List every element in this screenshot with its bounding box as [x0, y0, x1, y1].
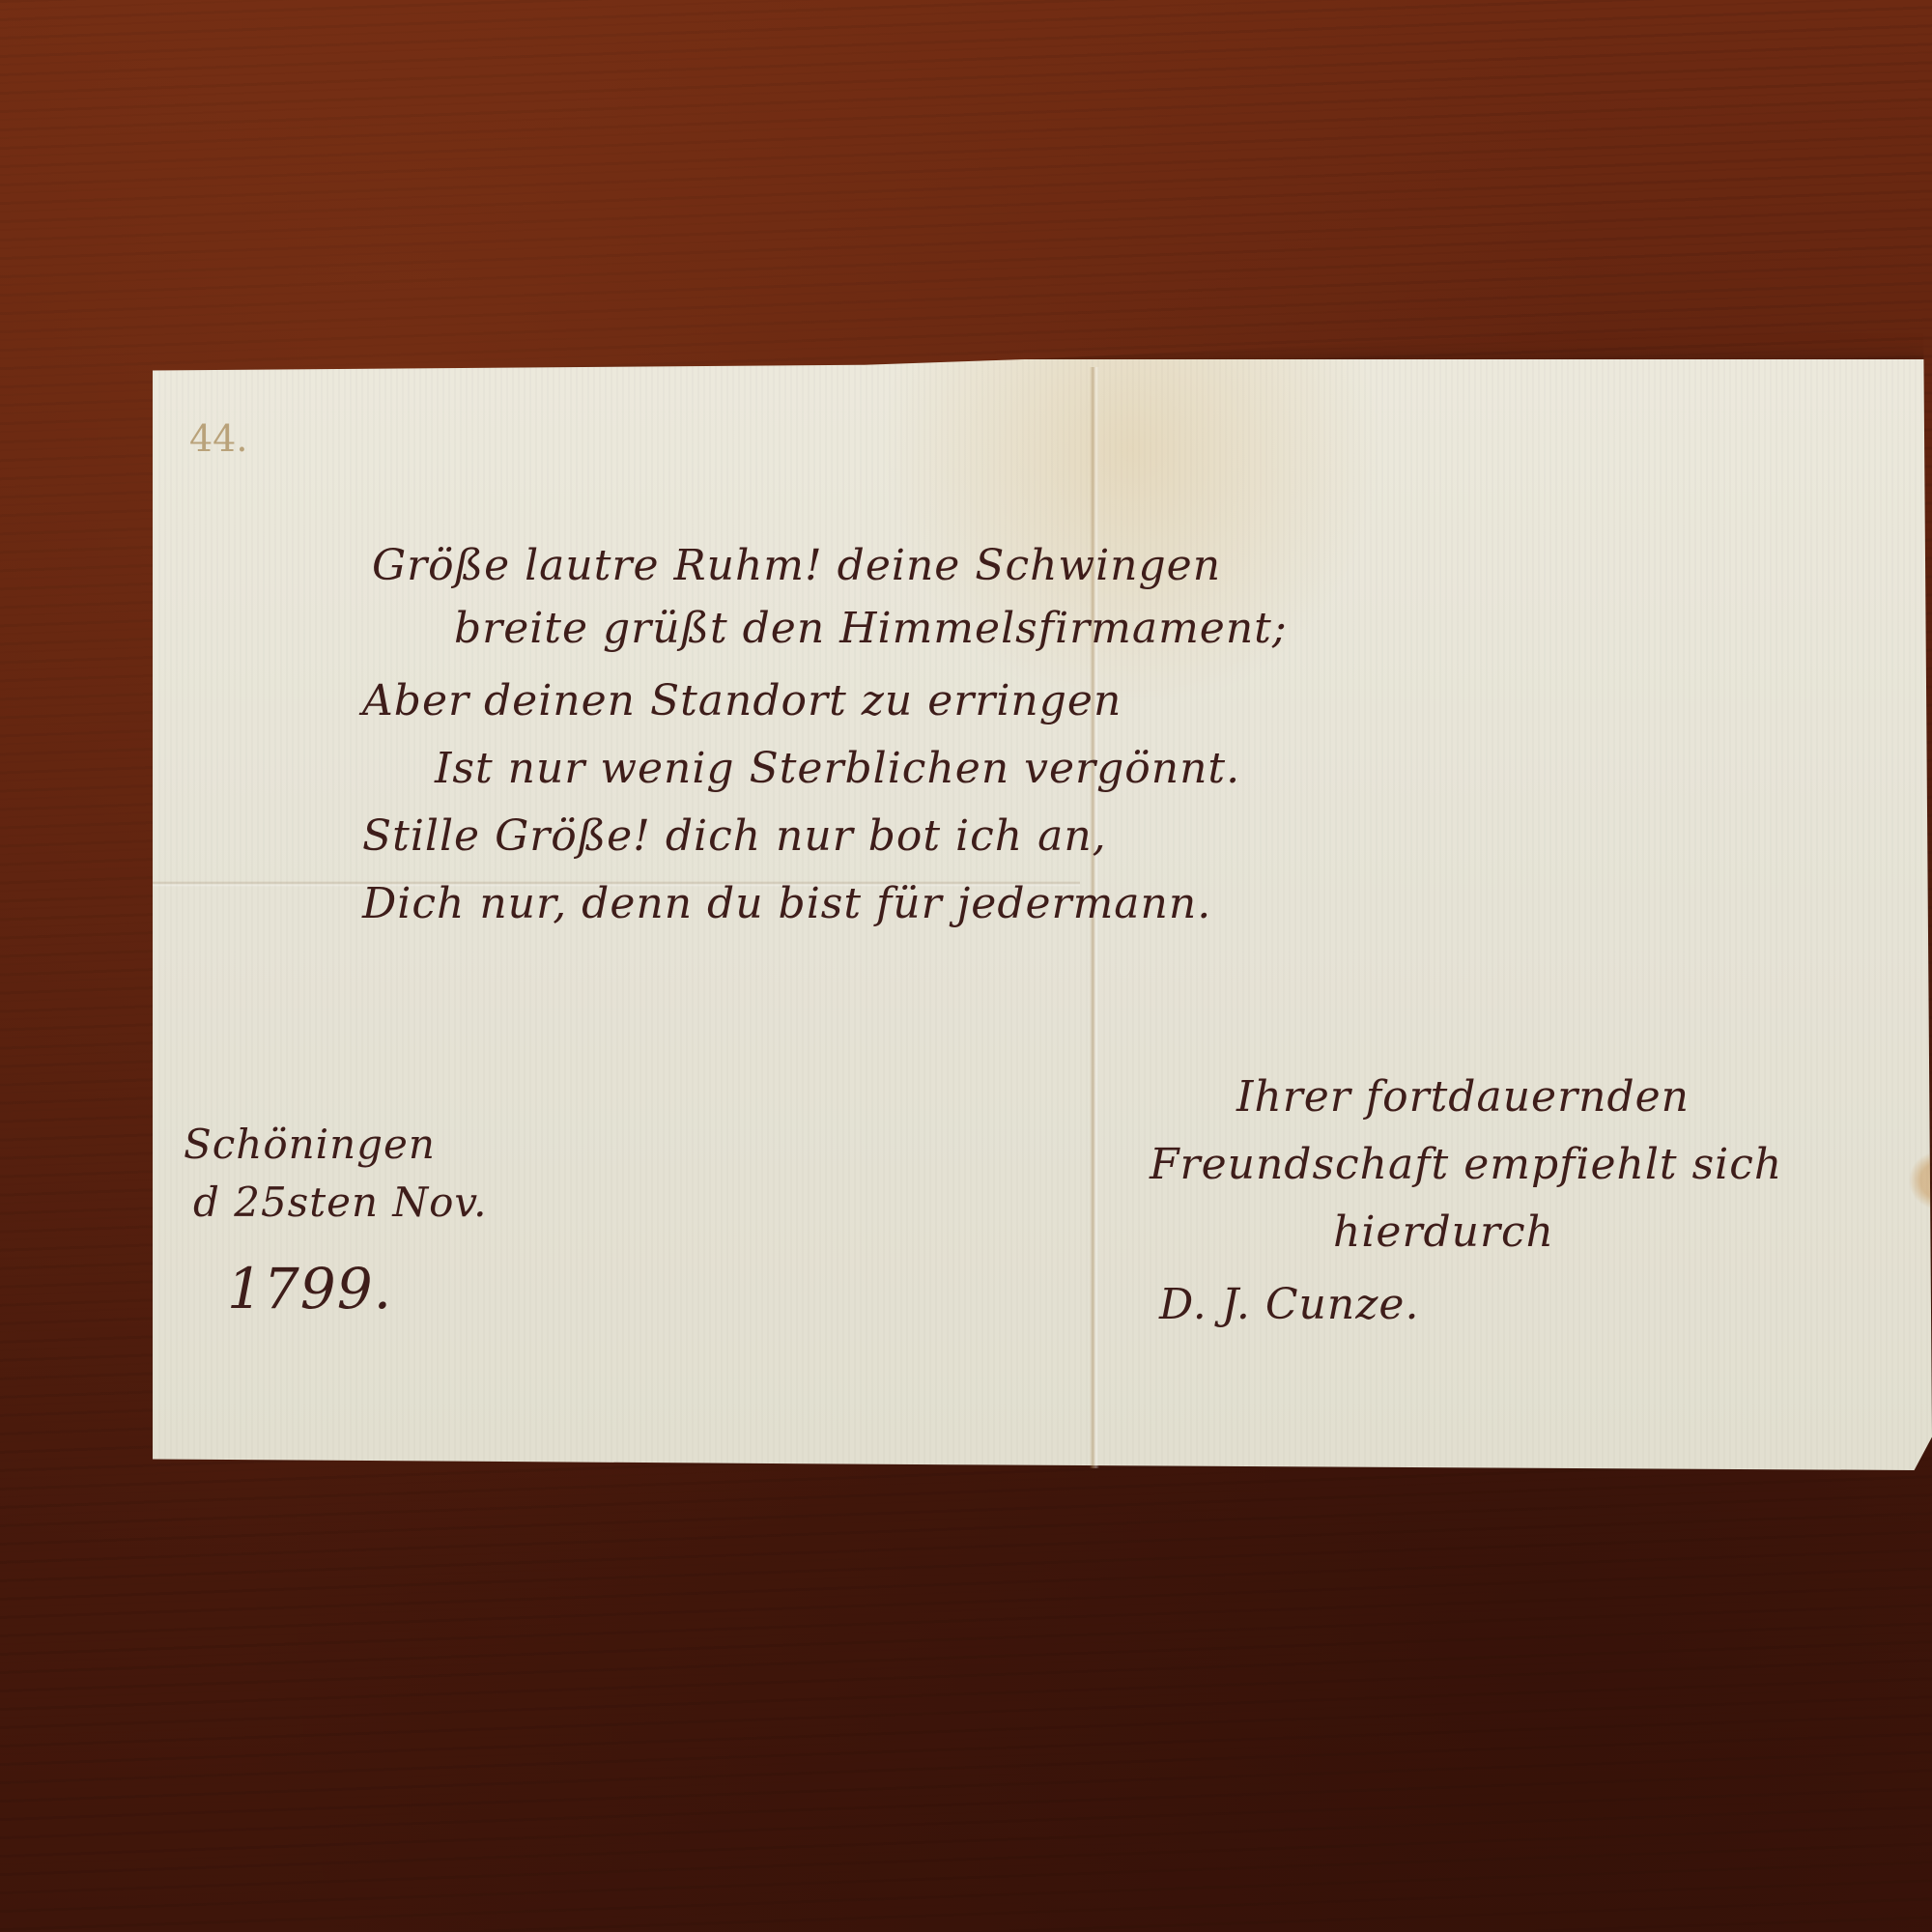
- date-day-month: d 25sten Nov.: [193, 1179, 488, 1226]
- closing-line-2: Freundschaft empfiehlt sich: [1150, 1140, 1782, 1189]
- folio-number: 44.: [189, 417, 247, 460]
- poem-line-1: Größe lautre Ruhm! deine Schwingen: [372, 541, 1221, 590]
- place-name: Schöningen: [184, 1121, 436, 1168]
- signature: D. J. Cunze.: [1159, 1280, 1419, 1329]
- poem-line-2: breite grüßt den Himmelsfirmament;: [454, 604, 1288, 653]
- closing-line-1: Ihrer fortdauernden: [1236, 1072, 1690, 1122]
- poem-line-6: Dich nur, denn du bist für jedermann.: [362, 879, 1211, 928]
- poem-line-5: Stille Größe! dich nur bot ich an,: [362, 811, 1107, 861]
- date-year: 1799.: [227, 1256, 392, 1321]
- poem-line-4: Ist nur wenig Sterblichen vergönnt.: [435, 744, 1240, 793]
- closing-line-3: hierdurch: [1333, 1207, 1554, 1257]
- poem-line-3: Aber deinen Standort zu erringen: [362, 676, 1122, 725]
